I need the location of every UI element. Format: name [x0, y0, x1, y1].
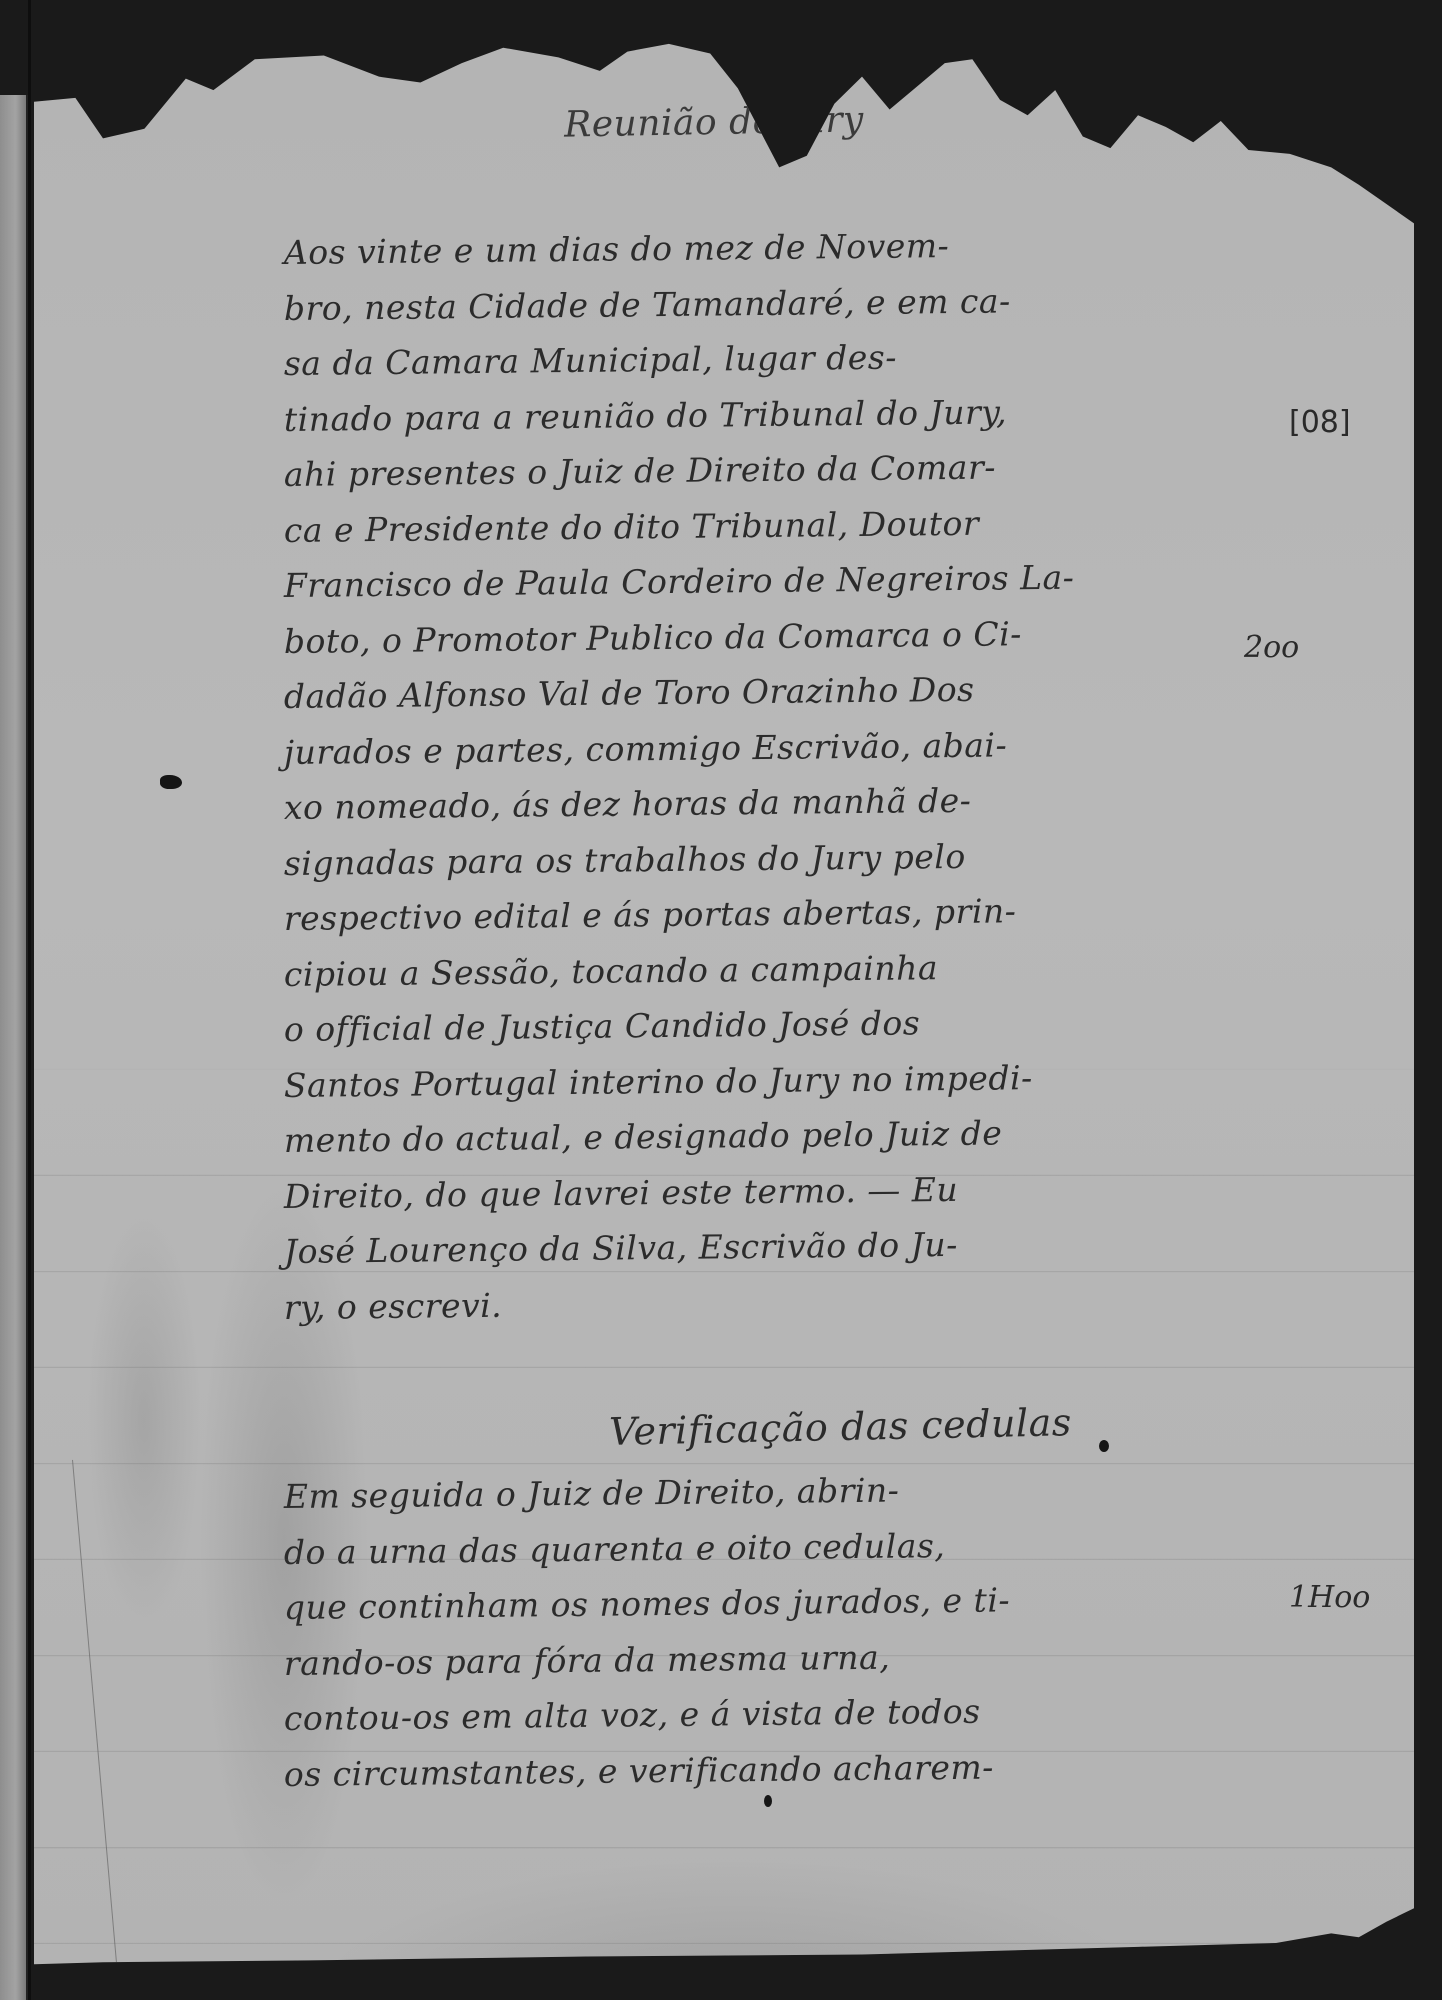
section-heading: Verificação das cedulas [609, 1400, 1073, 1454]
previous-page-edge [0, 95, 28, 2000]
folio-number: [08] [1289, 405, 1351, 440]
text-line: que continham os nomes dos jurados, e ti… [284, 1582, 1165, 1647]
text-line: ahi presentes o Juiz de Direito da Comar… [284, 449, 1165, 514]
text-line: rando-os para fóra da mesma urna, [284, 1637, 1165, 1702]
margin-note-lower: 1Hoo [1289, 1580, 1370, 1615]
text-line: José Lourenço da Silva, Escrivão do Ju- [284, 1226, 1165, 1291]
text-line: ry, o escrevi. [284, 1281, 1165, 1346]
minutes-text-block: Aos vinte e um dias do mez de Novem- bro… [284, 236, 1164, 1346]
text-line: sa da Camara Municipal, lugar des- [284, 338, 1165, 403]
text-line: Santos Portugal interino do Jury no impe… [284, 1059, 1165, 1124]
text-line: Francisco de Paula Cordeiro de Negreiros… [284, 560, 1165, 625]
text-line: respectivo edital e ás portas abertas, p… [284, 893, 1165, 958]
text-line: os circumstantes, e verificando acharem- [284, 1748, 1165, 1813]
text-line: Em seguida o Juiz de Direito, abrin- [284, 1471, 1165, 1536]
text-line: xo nomeado, ás dez horas da manhã de- [284, 782, 1165, 847]
book-gutter [28, 0, 31, 2000]
ballot-verification-text-block: Em seguida o Juiz de Direito, abrin- do … [284, 1480, 1164, 1813]
text-line: Aos vinte e um dias do mez de Novem- [284, 227, 1165, 292]
ink-dot [1099, 1440, 1109, 1452]
text-line: mento do actual, e designado pelo Juiz d… [284, 1115, 1165, 1180]
scanned-page-viewer: Reunião do Jury [08] 2oo 1Hoo Aos vinte … [0, 0, 1442, 2000]
text-line: dadão Alfonso Val de Toro Orazinho Dos [284, 671, 1165, 736]
margin-note-upper: 2oo [1244, 630, 1299, 665]
text-line: tinado para a reunião do Tribunal do Jur… [284, 393, 1165, 458]
page-fold-line [72, 1460, 118, 1978]
page-title: Reunião do Jury [434, 97, 995, 148]
text-line: boto, o Promotor Publico da Comarca o Ci… [284, 615, 1165, 680]
text-line: jurados e partes, commigo Escrivão, abai… [284, 726, 1165, 791]
text-line: contou-os em alta voz, e á vista de todo… [284, 1693, 1165, 1758]
text-line: Direito, do que lavrei este termo. — Eu [284, 1170, 1165, 1235]
ink-blot-mark [160, 775, 182, 789]
text-line: signadas para os trabalhos do Jury pelo [284, 837, 1165, 902]
text-line: do a urna das quarenta e oito cedulas, [284, 1526, 1165, 1591]
text-line: bro, nesta Cidade de Tamandaré, e em ca- [284, 282, 1165, 347]
manuscript-page: Reunião do Jury [08] 2oo 1Hoo Aos vinte … [34, 40, 1414, 1970]
text-line: cipiou a Sessão, tocando a campainha [284, 948, 1165, 1013]
